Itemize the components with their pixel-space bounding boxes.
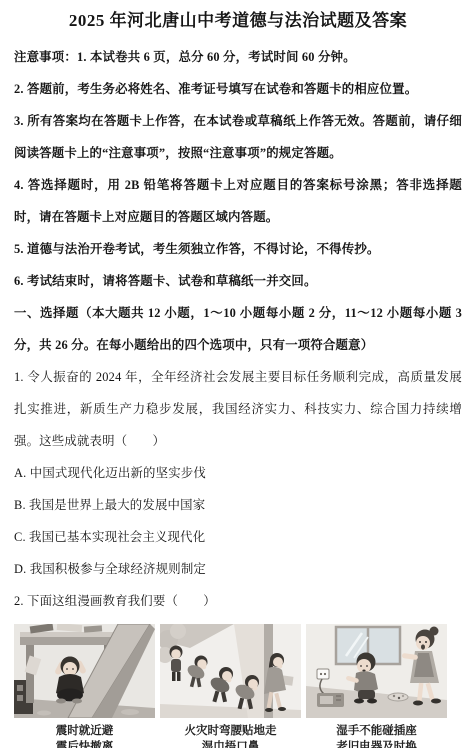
electric-safety-illustration bbox=[306, 624, 447, 718]
notice-line-1: 注意事项：1. 本试卷共 6 页，总分 60 分，考试时间 60 分钟。 bbox=[14, 41, 462, 73]
comic-caption-line: 老旧电器及时换 bbox=[306, 738, 447, 748]
comic-panel-electric-safety: 湿手不能碰插座 老旧电器及时换 bbox=[306, 624, 447, 748]
fire-escape-illustration bbox=[160, 624, 301, 718]
comic-panel-fire-escape: 火灾时弯腰贴地走 湿巾捂口鼻 bbox=[160, 624, 301, 748]
section-heading-multiple-choice: 一、选择题（本大题共 12 小题，1～10 小题每小题 2 分，11～12 小题… bbox=[14, 297, 462, 361]
comic-caption-line: 湿手不能碰插座 bbox=[306, 722, 447, 738]
question-1-option-c: C. 我国已基本实现社会主义现代化 bbox=[14, 521, 462, 553]
notice-line-4: 4. 答选择题时，用 2B 铅笔将答题卡上对应题目的答案标号涂黑；答非选择题时，… bbox=[14, 169, 462, 233]
comic-strip: 震时就近避 震后快撤离 bbox=[14, 624, 462, 748]
comic-caption-fire: 火灾时弯腰贴地走 湿巾捂口鼻 bbox=[160, 722, 301, 748]
question-1-option-a: A. 中国式现代化迈出新的坚实步伐 bbox=[14, 457, 462, 489]
exam-document-page: 2025 年河北唐山中考道德与法治试题及答案 注意事项：1. 本试卷共 6 页，… bbox=[0, 0, 476, 748]
comic-caption-line: 湿巾捂口鼻 bbox=[160, 738, 301, 748]
notice-line-2: 2. 答题前，考生务必将姓名、准考证号填写在试卷和答题卡的相应位置。 bbox=[14, 73, 462, 105]
comic-caption-line: 震时就近避 bbox=[14, 722, 155, 738]
comic-panel-earthquake: 震时就近避 震后快撤离 bbox=[14, 624, 155, 748]
question-2-stem: 2. 下面这组漫画教育我们要（ ） bbox=[14, 585, 462, 617]
question-1-option-d: D. 我国积极参与全球经济规则制定 bbox=[14, 553, 462, 585]
page-title: 2025 年河北唐山中考道德与法治试题及答案 bbox=[14, 7, 462, 34]
notice-line-3: 3. 所有答案均在答题卡上作答，在本试卷或草稿纸上作答无效。答题前，请仔细阅读答… bbox=[14, 105, 462, 169]
comic-caption-line: 火灾时弯腰贴地走 bbox=[160, 722, 301, 738]
earthquake-shelter-illustration bbox=[14, 624, 155, 718]
comic-caption-earthquake: 震时就近避 震后快撤离 bbox=[14, 722, 155, 748]
notice-line-5: 5. 道德与法治开卷考试，考生须独立作答，不得讨论，不得传抄。 bbox=[14, 233, 462, 265]
question-1-stem: 1. 令人振奋的 2024 年，全年经济社会发展主要目标任务顺利完成，高质量发展… bbox=[14, 361, 462, 457]
comic-caption-electric: 湿手不能碰插座 老旧电器及时换 bbox=[306, 722, 447, 748]
question-1-option-b: B. 我国是世界上最大的发展中国家 bbox=[14, 489, 462, 521]
notice-line-6: 6. 考试结束时，请将答题卡、试卷和草稿纸一并交回。 bbox=[14, 265, 462, 297]
comic-caption-line: 震后快撤离 bbox=[14, 738, 155, 748]
